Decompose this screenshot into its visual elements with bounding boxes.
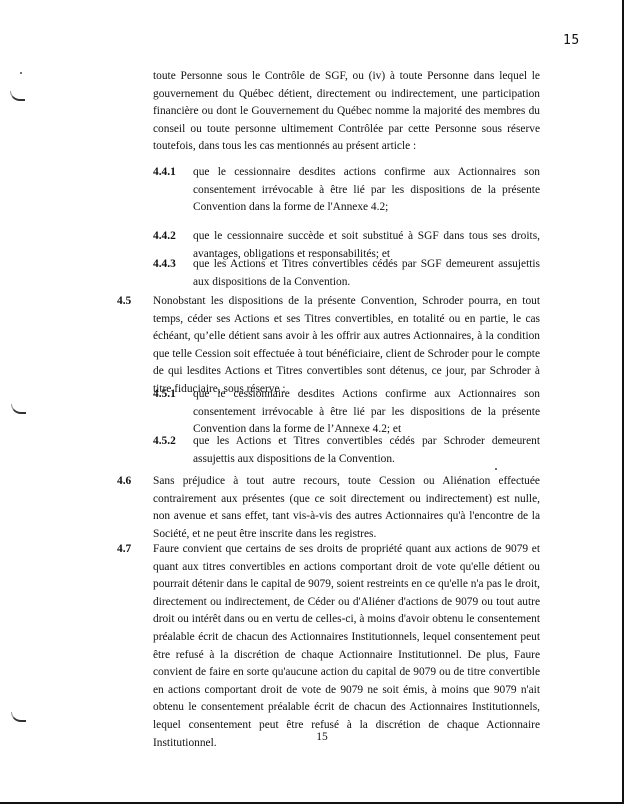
intro-paragraph: toute Personne sous le Contrôle de SGF, … xyxy=(153,68,540,156)
section-number: 4.6 xyxy=(117,473,131,491)
page-number-header: 15 xyxy=(563,33,580,48)
section-text: Faure convient que certains de ses droit… xyxy=(153,541,540,752)
section-text: que le cessionnaire desdites Actions con… xyxy=(193,386,540,439)
section-text: que les Actions et Titres convertibles c… xyxy=(193,256,540,291)
section-number: 4.5 xyxy=(117,293,131,311)
scan-speck xyxy=(495,468,497,470)
section-number: 4.4.1 xyxy=(153,164,176,182)
margin-mark-middle xyxy=(11,404,26,414)
section-number: 4.4.3 xyxy=(153,256,176,274)
section-number: 4.5.1 xyxy=(153,386,176,404)
margin-mark-top xyxy=(10,91,25,101)
intro-text: toute Personne sous le Contrôle de SGF, … xyxy=(153,68,540,156)
margin-mark-bottom xyxy=(11,712,26,722)
section-text: que le cessionnaire desdites actions con… xyxy=(193,164,540,217)
section-number: 4.5.2 xyxy=(153,433,176,451)
section-number: 4.4.2 xyxy=(153,228,176,246)
scan-speck xyxy=(20,72,22,74)
section-text: que les Actions et Titres convertibles c… xyxy=(193,433,540,468)
page-number-footer: 15 xyxy=(0,731,624,743)
section-number: 4.7 xyxy=(117,541,131,559)
section-text: Nonobstant les dispositions de la présen… xyxy=(153,293,540,399)
section-text: Sans préjudice à tout autre recours, tou… xyxy=(153,473,540,543)
